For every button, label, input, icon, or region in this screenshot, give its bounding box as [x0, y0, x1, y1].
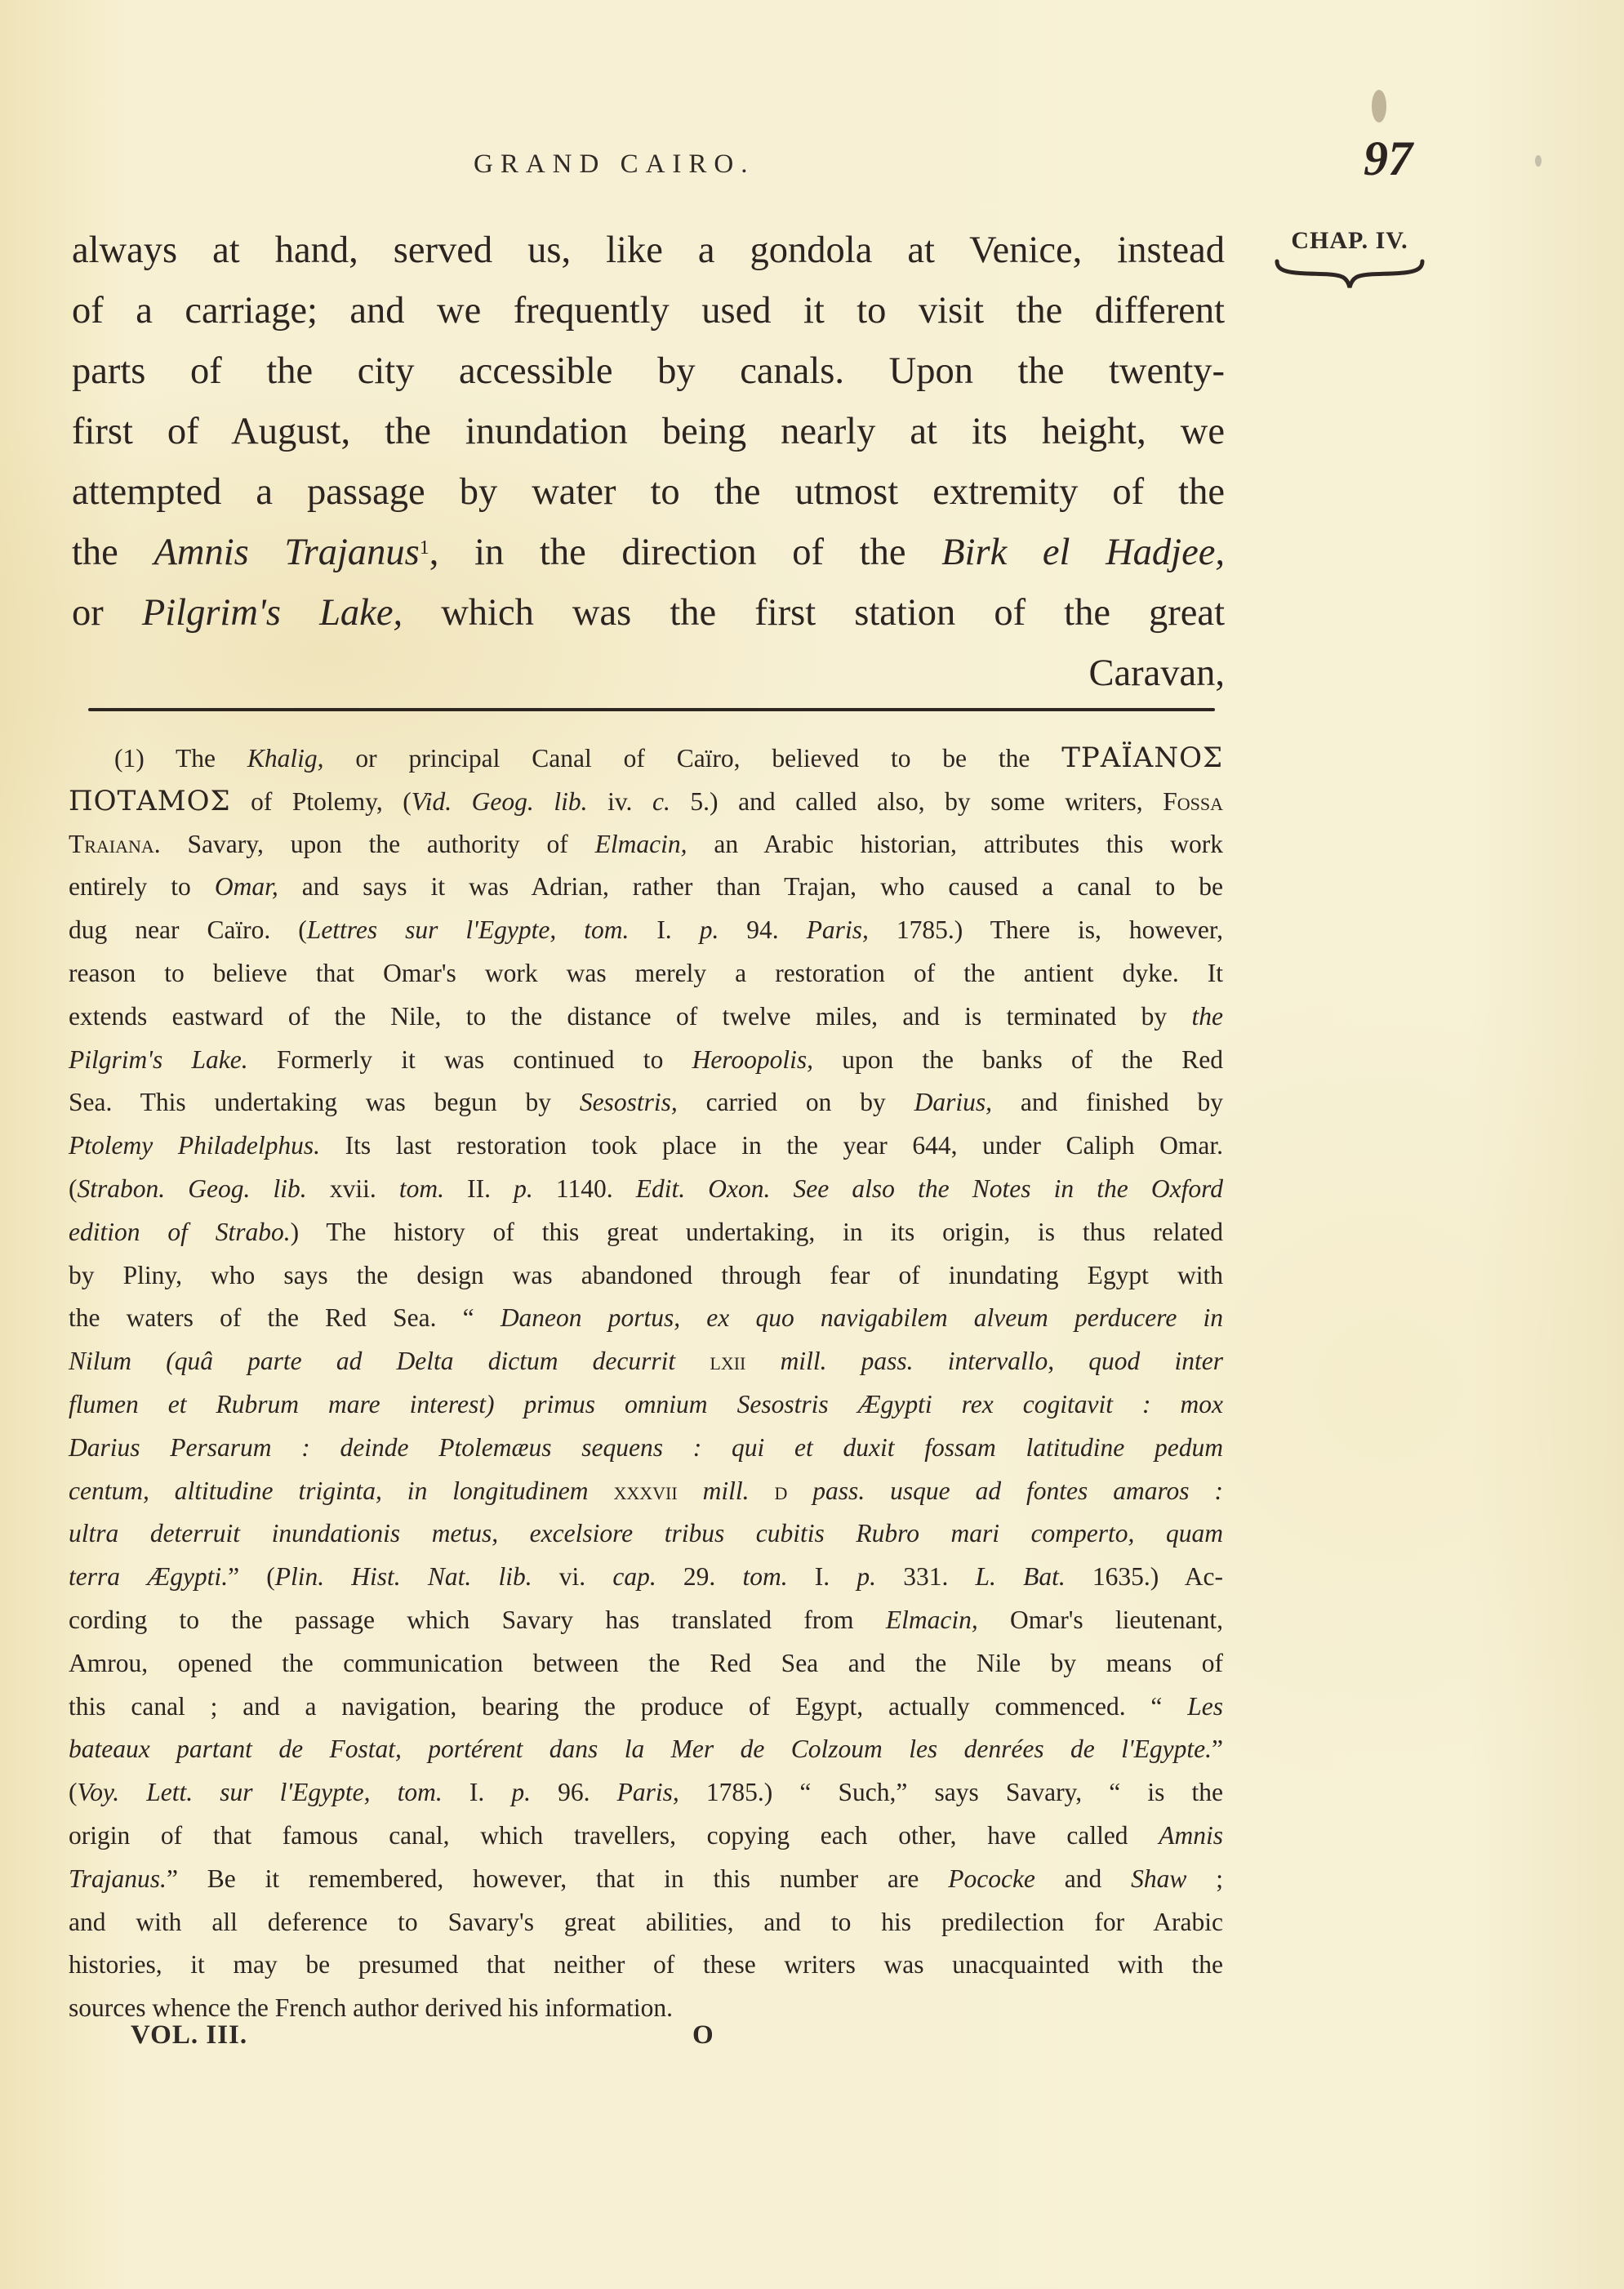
- footnote-line: ultra deterruit inundationis metus, exce…: [69, 1512, 1223, 1556]
- paper-speck: [1535, 155, 1542, 167]
- text-run: and with all deference to Savary's great…: [69, 1908, 1223, 1936]
- brace-icon: [1272, 256, 1427, 291]
- text-run: Edit. Oxon. See also the Notes in the Ox…: [636, 1174, 1223, 1203]
- footnote-line: Trajanus.” Be it remembered, however, th…: [69, 1858, 1223, 1901]
- text-run: Les: [1187, 1692, 1223, 1721]
- text-run: 1785.) “ Such,” says Savary, “ is the: [679, 1778, 1223, 1806]
- text-run: 331.: [876, 1562, 976, 1591]
- text-run: cording to the passage which Savary has …: [69, 1605, 886, 1634]
- text-run: iv.: [587, 787, 652, 816]
- text-line: parts of the city accessible by canals. …: [72, 341, 1225, 402]
- text-run: 1140.: [533, 1174, 636, 1203]
- text-run: vi.: [532, 1562, 613, 1591]
- text-run: ” (: [228, 1562, 275, 1591]
- text-run: ;: [1186, 1864, 1223, 1893]
- footnote-line: Pilgrim's Lake. Formerly it was continue…: [69, 1039, 1223, 1082]
- text-run: 29.: [656, 1562, 743, 1591]
- text-run: Omar,: [215, 872, 278, 901]
- text-run: Khalig,: [247, 744, 324, 773]
- text-run: mill. pass. intervallo, quod inter: [781, 1347, 1223, 1375]
- text-run: d: [750, 1476, 813, 1505]
- footnote-rule: [88, 708, 1215, 711]
- text-run: ”: [1212, 1735, 1223, 1763]
- text-run: p.: [514, 1174, 533, 1203]
- text-line: always at hand, served us, like a gondol…: [72, 220, 1225, 281]
- text-run: entirely to: [69, 872, 215, 901]
- text-run: Shaw: [1131, 1864, 1186, 1893]
- text-run: (: [69, 1174, 78, 1203]
- text-run: or principal Canal of Caïro, believed to…: [324, 744, 1062, 773]
- text-run: ) The history of this great undertaking,…: [291, 1218, 1223, 1246]
- text-run: Omar's lieutenant,: [978, 1605, 1223, 1634]
- text-run: which was the first station of the great: [403, 592, 1225, 634]
- text-run: 1785.) There is, however,: [869, 915, 1223, 944]
- text-run: and finished by: [992, 1088, 1223, 1116]
- text-run: , in the direction of the: [429, 532, 941, 573]
- text-run: this canal ; and a navigation, bearing t…: [69, 1692, 1187, 1721]
- footnote-line: reason to believe that Omar's work was m…: [69, 952, 1223, 995]
- text-run: origin of that famous canal, which trave…: [69, 1821, 1159, 1850]
- text-run: Ptolemy Philadelphus.: [69, 1131, 320, 1160]
- footnote-line: (Voy. Lett. sur l'Egypte, tom. I. p. 96.…: [69, 1771, 1223, 1815]
- text-run: histories, it may be presumed that neith…: [69, 1950, 1223, 1979]
- text-run: the: [72, 532, 154, 573]
- footnote-line: Ptolemy Philadelphus. Its last restorati…: [69, 1124, 1223, 1168]
- text-run: tom.: [399, 1174, 444, 1203]
- running-title: GRAND CAIRO.: [474, 149, 755, 180]
- footnote-line: cording to the passage which Savary has …: [69, 1599, 1223, 1642]
- text-run: Darius Persarum : deinde Ptolemæus seque…: [69, 1433, 1223, 1462]
- footnote-line: edition of Strabo.) The history of this …: [69, 1211, 1223, 1254]
- text-run: p.: [856, 1562, 876, 1591]
- text-run: 96.: [531, 1778, 617, 1806]
- text-run: Birk el Hadjee,: [941, 532, 1225, 573]
- text-run: Strabon. Geog. lib.: [78, 1174, 307, 1203]
- footnote-line: histories, it may be presumed that neith…: [69, 1944, 1223, 1987]
- text-run: or: [72, 592, 142, 634]
- footnote-line: Sea. This undertaking was begun by Sesos…: [69, 1081, 1223, 1124]
- text-run: xxxvii: [589, 1476, 703, 1505]
- text-run: upon the banks of the Red: [813, 1045, 1223, 1074]
- text-run: I.: [788, 1562, 857, 1591]
- text-run: Trajanus.: [69, 1864, 167, 1893]
- text-run: Formerly it was continued to: [248, 1045, 692, 1074]
- text-run: 94.: [719, 915, 806, 944]
- volume-signature: VOL. III.: [131, 2020, 247, 2051]
- footnote-line: the waters of the Red Sea. “ Daneon port…: [69, 1297, 1223, 1340]
- footnote-line: (Strabon. Geog. lib. xvii. tom. II. p. 1…: [69, 1168, 1223, 1211]
- text-run: Pilgrim's Lake,: [142, 592, 403, 634]
- text-run: sources whence the French author derived…: [69, 1993, 673, 2022]
- text-run: Pilgrim's Lake.: [69, 1045, 248, 1074]
- text-run: Heroopolis,: [692, 1045, 813, 1074]
- text-run: Fossa: [1163, 787, 1223, 816]
- text-run: cap.: [612, 1562, 656, 1591]
- text-run: Traiana.: [69, 830, 161, 858]
- text-run: Nilum (quâ parte ad Delta dictum decurri…: [69, 1347, 675, 1375]
- text-line: Caravan,: [72, 644, 1225, 704]
- text-run: (1) The: [114, 744, 247, 773]
- footnote-line: (1) The Khalig, or principal Canal of Ca…: [69, 737, 1223, 780]
- text-run: Elmacin,: [886, 1605, 978, 1634]
- text-run: Amnis Trajanus: [154, 532, 419, 573]
- text-run: an Arabic historian, attributes this wor…: [687, 830, 1224, 858]
- text-run: of a carriage; and we frequently used it…: [72, 290, 1225, 332]
- footnote-line: ΠΟΤΑΜΟΣ of Ptolemy, (Vid. Geog. lib. iv.…: [69, 780, 1223, 823]
- text-run: ΤΡΑΪΑΝΟΣ: [1061, 741, 1223, 774]
- text-run: I.: [443, 1778, 512, 1806]
- text-run: p.: [511, 1778, 531, 1806]
- text-run: and says it was Adrian, rather than Traj…: [278, 872, 1223, 901]
- text-run: the: [1192, 1002, 1223, 1031]
- text-line: first of August, the inundation being ne…: [72, 402, 1225, 462]
- footnote-line: terra Ægypti.” (Plin. Hist. Nat. lib. vi…: [69, 1556, 1223, 1599]
- footnote-line: this canal ; and a navigation, bearing t…: [69, 1686, 1223, 1729]
- footnote-line: Amrou, opened the communication between …: [69, 1642, 1223, 1686]
- footnote-line: centum, altitudine triginta, in longitud…: [69, 1470, 1223, 1513]
- text-run: Voy. Lett. sur l'Egypte, tom.: [78, 1778, 443, 1806]
- text-run: ” Be it remembered, however, that in thi…: [167, 1864, 948, 1893]
- text-run: Sea. This undertaking was begun by: [69, 1088, 580, 1116]
- text-run: ΠΟΤΑΜΟΣ: [69, 785, 230, 817]
- text-run: Amrou, opened the communication between …: [69, 1649, 1223, 1677]
- footnote-line: Nilum (quâ parte ad Delta dictum decurri…: [69, 1340, 1223, 1383]
- footnote-line: extends eastward of the Nile, to the dis…: [69, 995, 1223, 1039]
- chapter-label: CHAP. IV.: [1272, 227, 1427, 255]
- text-run: by Pliny, who says the design was abando…: [69, 1261, 1223, 1289]
- ink-stain: [1372, 90, 1386, 122]
- footnote-reference: 1: [420, 537, 429, 559]
- text-run: the waters of the Red Sea. “: [69, 1303, 501, 1332]
- text-run: of Ptolemy, (: [230, 787, 411, 816]
- text-run: Daneon portus, ex quo navigabilem alveum…: [501, 1303, 1223, 1332]
- footnote-line: flumen et Rubrum mare interest) primus o…: [69, 1383, 1223, 1427]
- text-run: extends eastward of the Nile, to the dis…: [69, 1002, 1192, 1031]
- text-run: pass. usque ad fontes amaros :: [812, 1476, 1223, 1505]
- text-run: mill.: [703, 1476, 750, 1505]
- text-run: Paris,: [617, 1778, 679, 1806]
- text-line: the Amnis Trajanus1, in the direction of…: [72, 523, 1225, 583]
- chapter-sidenote: CHAP. IV.: [1272, 227, 1427, 291]
- footnote-line: Darius Persarum : deinde Ptolemæus seque…: [69, 1427, 1223, 1470]
- text-run: Caravan,: [1088, 652, 1225, 694]
- text-run: Sesostris,: [580, 1088, 678, 1116]
- text-run: first of August, the inundation being ne…: [72, 411, 1225, 452]
- main-text: always at hand, served us, like a gondol…: [72, 220, 1225, 704]
- text-run: c.: [652, 787, 670, 816]
- text-run: flumen et Rubrum mare interest) primus o…: [69, 1390, 1223, 1418]
- text-run: centum, altitudine triginta, in longitud…: [69, 1476, 589, 1505]
- text-run: II.: [444, 1174, 514, 1203]
- footnote-line: bateaux partant de Fostat, portérent dan…: [69, 1728, 1223, 1771]
- text-run: terra Ægypti.: [69, 1562, 228, 1591]
- text-line: attempted a passage by water to the utmo…: [72, 462, 1225, 523]
- footnote-line: and with all deference to Savary's great…: [69, 1901, 1223, 1944]
- footnote-line: origin of that famous canal, which trave…: [69, 1815, 1223, 1858]
- text-run: p.: [700, 915, 719, 944]
- text-run: I.: [629, 915, 699, 944]
- text-run: L. Bat.: [976, 1562, 1066, 1591]
- text-run: Paris,: [807, 915, 869, 944]
- signature-mark: O: [692, 2020, 714, 2051]
- text-run: attempted a passage by water to the utmo…: [72, 471, 1225, 513]
- text-run: Plin. Hist. Nat. lib.: [275, 1562, 532, 1591]
- footnote-line: entirely to Omar, and says it was Adrian…: [69, 866, 1223, 909]
- text-run: and: [1035, 1864, 1131, 1893]
- text-run: Lettres sur l'Egypte, tom.: [307, 915, 630, 944]
- text-run: edition of Strabo.: [69, 1218, 291, 1246]
- text-run: tom.: [742, 1562, 787, 1591]
- text-run: dug near Caïro. (: [69, 915, 307, 944]
- text-run: lxii: [675, 1347, 780, 1375]
- text-run: reason to believe that Omar's work was m…: [69, 959, 1223, 987]
- text-run: Darius,: [914, 1088, 992, 1116]
- text-run: 5.) and called also, by some writers,: [670, 787, 1163, 816]
- text-run: parts of the city accessible by canals. …: [72, 350, 1225, 392]
- footnote-line: Traiana. Savary, upon the authority of E…: [69, 823, 1223, 866]
- text-run: Elmacin,: [595, 830, 687, 858]
- text-line: of a carriage; and we frequently used it…: [72, 281, 1225, 341]
- text-run: 1635.) Ac-: [1066, 1562, 1223, 1591]
- text-run: Vid. Geog. lib.: [412, 787, 588, 816]
- text-run: Its last restoration took place in the y…: [320, 1131, 1223, 1160]
- text-run: always at hand, served us, like a gondol…: [72, 229, 1225, 271]
- text-line: or Pilgrim's Lake, which was the first s…: [72, 583, 1225, 644]
- text-run: xvii.: [307, 1174, 399, 1203]
- page-number: 97: [1364, 131, 1413, 187]
- footnote-line: by Pliny, who says the design was abando…: [69, 1254, 1223, 1298]
- text-run: Amnis: [1159, 1821, 1223, 1850]
- footnote-line: dug near Caïro. (Lettres sur l'Egypte, t…: [69, 909, 1223, 952]
- text-run: bateaux partant de Fostat, portérent dan…: [69, 1735, 1212, 1763]
- text-run: ultra deterruit inundationis metus, exce…: [69, 1519, 1223, 1548]
- text-run: Pococke: [948, 1864, 1035, 1893]
- footnote: (1) The Khalig, or principal Canal of Ca…: [69, 737, 1223, 2030]
- text-run: Savary, upon the authority of: [161, 830, 595, 858]
- text-run: (: [69, 1778, 78, 1806]
- text-run: carried on by: [678, 1088, 914, 1116]
